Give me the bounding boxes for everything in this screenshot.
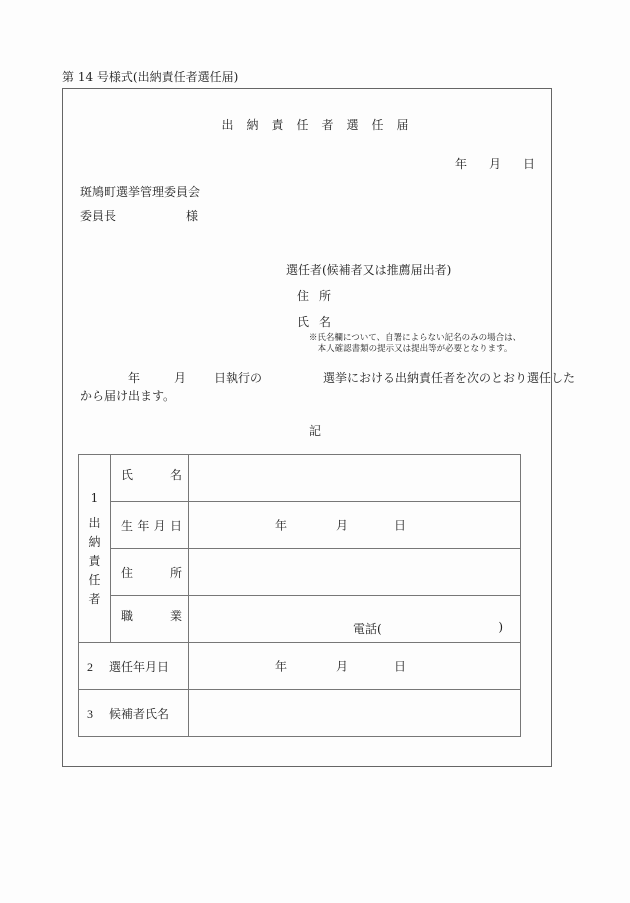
name-label: 氏名 [111, 455, 189, 502]
election-day: 日執行の [214, 369, 262, 386]
appointment-date-field[interactable]: 年 月 日 [189, 643, 521, 690]
submission-date: 年月日 [455, 155, 535, 172]
election-text: 選挙における出納責任者を次のとおり選任した [323, 369, 575, 386]
table-row: 生年月日 年 月 日 [79, 502, 521, 549]
election-month: 月 [174, 369, 186, 386]
treasurer-birthdate-field[interactable]: 年 月 日 [189, 502, 521, 549]
candidate-name-label: 3候補者氏名 [79, 690, 189, 737]
table-row: 1 出 納 責 任 者 氏名 [79, 455, 521, 502]
note-line-1: ※氏名欄について、自署によらない記名のみの場合は、 [300, 333, 530, 344]
occupation-label: 職業 [111, 596, 189, 643]
signature-note: ※氏名欄について、自署によらない記名のみの場合は、 本人確認書類の提示又は提出等… [300, 333, 530, 355]
addressee-organization: 斑鳩町選挙管理委員会 [80, 183, 200, 200]
appointer-heading: 選任者(候補者又は推薦届出者) [286, 261, 451, 278]
addressee-honorific: 様 [186, 207, 198, 224]
appointer-name-label: 氏名 [297, 313, 341, 330]
table-row: 住所 [79, 549, 521, 596]
address-label: 住所 [111, 549, 189, 596]
ki-heading: 記 [0, 422, 630, 439]
date-month: 月 [489, 155, 519, 172]
treasurer-name-field[interactable] [189, 455, 521, 502]
form-number: 第 14 号様式(出納責任者選任届) [62, 68, 238, 85]
treasurer-group-label: 1 出 納 責 任 者 [79, 455, 111, 643]
form-title: 出納責任者選任届 [0, 116, 630, 133]
date-day: 日 [523, 155, 535, 172]
note-line-2: 本人確認書類の提示又は提出等が必要となります。 [300, 344, 530, 355]
treasurer-address-field[interactable] [189, 549, 521, 596]
body-text-line-2: から届け出ます。 [80, 387, 175, 404]
treasurer-occupation-field[interactable]: 電話( ) [189, 596, 521, 643]
phone-field[interactable]: 電話( ) [353, 620, 503, 637]
appointment-date-label: 2選任年月日 [79, 643, 189, 690]
table-row: 2選任年月日 年 月 日 [79, 643, 521, 690]
appointment-table: 1 出 納 責 任 者 氏名 生年月日 年 月 日 住所 職業 [78, 454, 521, 737]
table-row: 3候補者氏名 [79, 690, 521, 737]
date-year: 年 [455, 155, 485, 172]
birthdate-label: 生年月日 [111, 502, 189, 549]
candidate-name-field[interactable] [189, 690, 521, 737]
table-row: 職業 電話( ) [79, 596, 521, 643]
appointer-address-label: 住所 [297, 287, 341, 304]
election-year: 年 [128, 369, 140, 386]
addressee-chair: 委員長 [80, 207, 116, 224]
